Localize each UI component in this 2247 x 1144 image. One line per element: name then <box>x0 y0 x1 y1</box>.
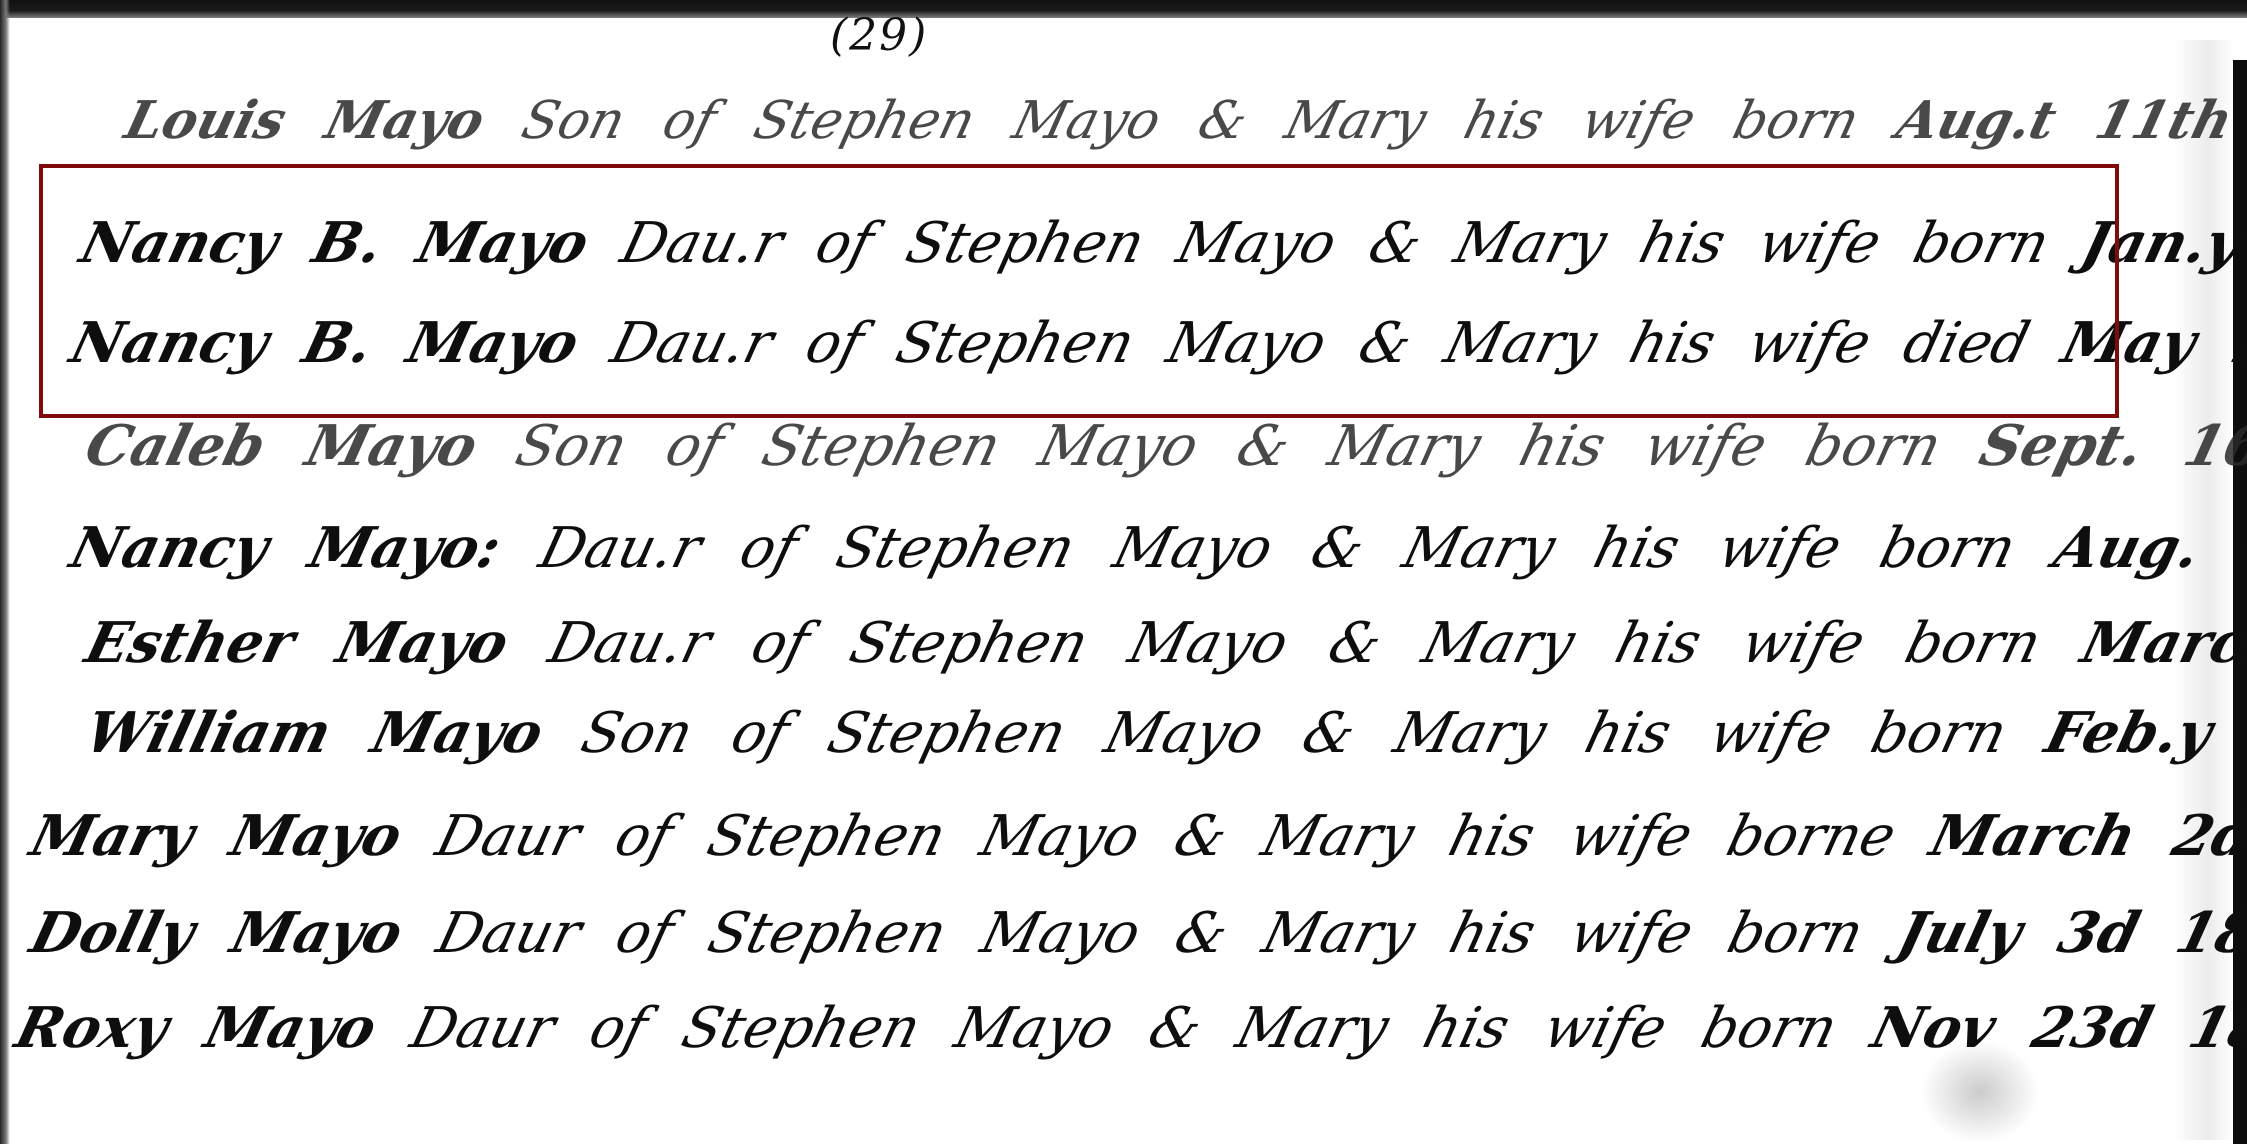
register-entry: Mary Mayo Daur of Stephen Mayo & Mary hi… <box>25 808 2247 865</box>
register-entry: Louis Mayo Son of Stephen Mayo & Mary hi… <box>120 95 2247 147</box>
highlight-box <box>39 164 2119 418</box>
entry-event: born <box>1873 516 2022 581</box>
entry-event: born <box>1865 701 2014 766</box>
entry-date: Aug. 4th 1810- <box>2048 515 2247 581</box>
entry-date: Nov 23d 1826 <box>1865 995 2247 1061</box>
entry-event: born <box>1721 901 1870 966</box>
entry-relation: Son of Stephen Mayo & Mary his wife <box>509 414 1773 479</box>
entry-event: born <box>1727 91 1865 151</box>
register-entry: Esther Mayo Dau.r of Stephen Mayo & Mary… <box>80 615 2247 672</box>
entry-date: March 20th 1814- <box>2075 610 2247 676</box>
entry-date: Feb.y 20th 1817- <box>2039 700 2247 766</box>
entry-date: Sept. 16th 1808- <box>1973 413 2247 479</box>
entry-event: borne <box>1720 804 1902 869</box>
entry-relation: Daur of Stephen Mayo & Mary his wife <box>404 996 1673 1061</box>
register-entry: Dolly Mayo Daur of Stephen Mayo & Mary h… <box>25 905 2247 962</box>
register-entry: Roxy Mayo Daur of Stephen Mayo & Mary hi… <box>10 1000 2247 1057</box>
entry-event: born <box>1695 996 1844 1061</box>
entry-name: Roxy Mayo <box>9 995 383 1061</box>
register-entry: William Mayo Son of Stephen Mayo & Mary … <box>80 705 2247 762</box>
entry-name: Dolly Mayo <box>24 900 409 966</box>
entry-date: March 2d 1819 <box>1924 803 2247 869</box>
entry-relation: Dau.r of Stephen Mayo & Mary his wife <box>533 516 1848 581</box>
entry-name: Mary Mayo <box>24 803 408 869</box>
entry-event: born <box>1899 611 2048 676</box>
entry-relation: Son of Stephen Mayo & Mary his wife <box>575 701 1839 766</box>
entry-name: Louis Mayo <box>119 90 491 151</box>
entry-name: Esther Mayo <box>79 610 515 676</box>
entry-relation: Son of Stephen Mayo & Mary his wife <box>516 91 1702 151</box>
entry-name: Nancy Mayo: <box>64 515 508 581</box>
entry-name: Caleb Mayo <box>79 413 484 479</box>
entry-relation: Daur of Stephen Mayo & Mary his wife <box>430 804 1699 869</box>
entry-date: Aug.t 11th 1804 <box>1891 90 2247 151</box>
entry-event: born <box>1799 414 1948 479</box>
entry-date: July 3d 1821 <box>1891 900 2247 966</box>
entry-relation: Daur of Stephen Mayo & Mary his wife <box>430 901 1699 966</box>
register-entry: Caleb Mayo Son of Stephen Mayo & Mary hi… <box>80 418 2247 475</box>
register-entry: Nancy Mayo: Dau.r of Stephen Mayo & Mary… <box>65 520 2247 577</box>
entry-name: William Mayo <box>79 700 550 766</box>
entry-relation: Dau.r of Stephen Mayo & Mary his wife <box>542 611 1871 676</box>
